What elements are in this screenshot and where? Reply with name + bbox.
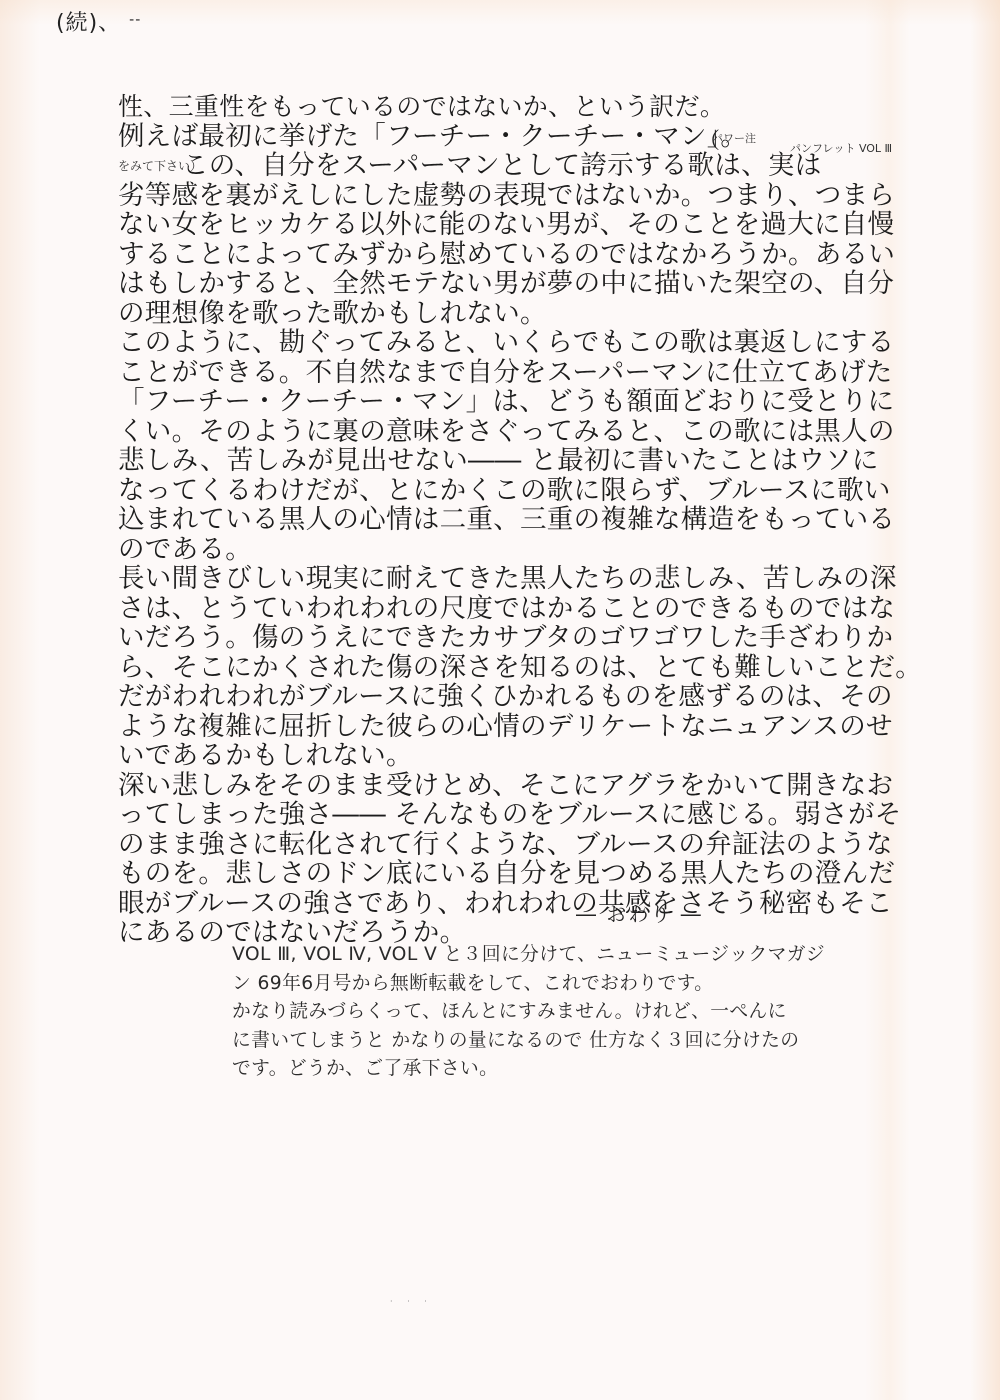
paper-specks: · · ·	[390, 1297, 433, 1306]
body-line: のまま強さに転化されて行くような、ブルースの弁証法のような	[118, 830, 938, 860]
header-mark-text: (続)、	[56, 11, 121, 36]
page-header-mark: (続)、--	[56, 6, 141, 37]
body-line: 劣等感を裏がえしにした虚勢の表現ではないか。つまり、つまら	[118, 181, 938, 211]
body-line: ことができる。不自然なまで自分をスーパーマンに仕立てあげた	[118, 358, 938, 388]
body-line: 深い悲しみをそのまま受けとめ、そこにアグラをかいて開きなお	[118, 771, 938, 801]
note-line: ン 69年6月号から無断転載をして、これでおわりです。	[232, 969, 922, 998]
body-line: なってくるわけだが、とにかくこの歌に限らず、ブルースに歌い	[118, 476, 938, 506]
header-dash: --	[129, 12, 141, 28]
body-line: だがわれわれがブルースに強くひかれるものを感ずるのは、その	[118, 682, 938, 712]
handwritten-body: 性、三重性をもっているのではないか、という訳だ。例えば最初に挙げた「フーチー・ク…	[118, 92, 938, 948]
translator-note: VOL Ⅲ, VOL Ⅳ, VOL Ⅴ と３回に分けて、ニューミュージックマガジ…	[232, 940, 932, 1083]
body-line: 例えば最初に挙げた「フーチー・クーチー・マン」。	[118, 122, 938, 152]
body-line: ものを。悲しさのドン底にいる自分を見つめる黒人たちの澄んだ	[118, 859, 938, 889]
body-line: 「フーチー・クーチー・マン」は、どうも額面どおりに受とりに	[118, 387, 938, 417]
body-line: くい。そのように裏の意味をさぐってみると、この歌には黒人の	[118, 417, 938, 447]
note-line: かなり読みづらくって、ほんとにすみません。けれど、一ぺんに	[232, 997, 922, 1026]
note-line: です。どうか、ご了承下さい。	[232, 1054, 922, 1083]
body-line: この、自分をスーパーマンとして誇示する歌は、実は	[118, 151, 938, 181]
body-line: ってしまった強さ―― そんなものをブルースに感じる。弱さがそ	[118, 800, 938, 830]
body-line: 性、三重性をもっているのではないか、という訳だ。	[118, 92, 938, 122]
note-line: に書いてしまうと かなりの量になるので 仕方なく３回に分けたの	[232, 1026, 922, 1055]
body-line: 悲しみ、苦しみが見出せない―― と最初に書いたことはウソに	[118, 446, 938, 476]
body-line: はもしかすると、全然モテない男が夢の中に描いた架空の、自分	[118, 269, 938, 299]
body-line: さは、とうていわれわれの尺度ではかることのできるものではな	[118, 594, 938, 624]
body-line: することによってみずから慰めているのではなかろうか。あるい	[118, 240, 938, 270]
body-line: ない女をヒッカケる以外に能のない男が、そのことを過大に自慢	[118, 210, 938, 240]
body-line: いだろう。傷のうえにできたカサブタのゴワゴワした手ざわりか	[118, 623, 938, 653]
body-line: このように、勘ぐってみると、いくらでもこの歌は裏返しにする	[118, 328, 938, 358]
closing-mark: ― おわり ―	[576, 898, 703, 927]
body-line: のである。	[118, 535, 938, 565]
body-line: いであるかもしれない。	[118, 741, 938, 771]
note-line: VOL Ⅲ, VOL Ⅳ, VOL Ⅴ と３回に分けて、ニューミュージックマガジ	[232, 940, 922, 969]
body-line: の理想像を歌った歌かもしれない。	[118, 299, 938, 329]
body-line: ような複雑に屈折した彼らの心情のデリケートなニュアンスのせ	[118, 712, 938, 742]
body-line: 眼がブルースの強さであり、われわれの共感をさそう秘密もそこ	[118, 889, 938, 919]
body-line: 長い間きびしい現実に耐えてきた黒人たちの悲しみ、苦しみの深	[118, 564, 938, 594]
body-line: 込まれている黒人の心情は二重、三重の複雑な構造をもっている	[118, 505, 938, 535]
body-line: ら、そこにかくされた傷の深さを知るのは、とても難しいことだ。	[118, 653, 938, 683]
